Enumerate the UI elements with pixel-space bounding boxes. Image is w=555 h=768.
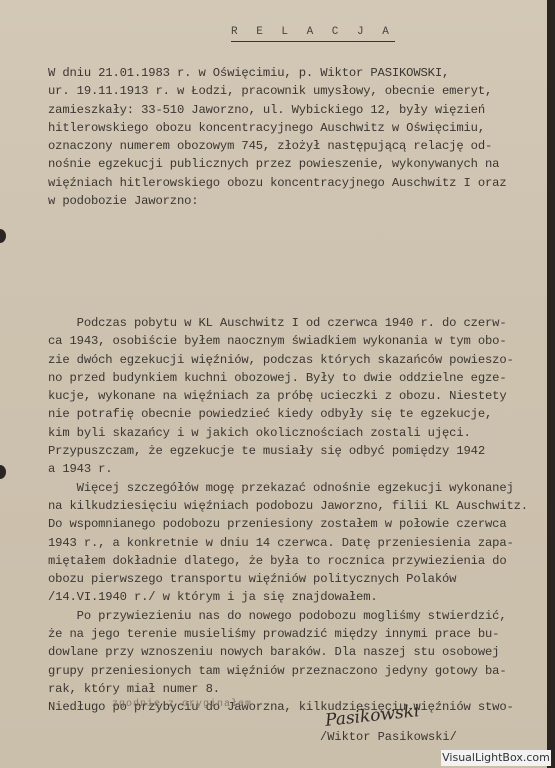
text-line: Po przywiezieniu nas do nowego podobozu … bbox=[48, 607, 518, 625]
text-line: obozu pierwszego transportu więźniów pol… bbox=[48, 570, 518, 588]
text-line: no przed budynkiem kuchni obozowej. Były… bbox=[48, 369, 518, 387]
text-line: Przypuszczam, że egzekucje te musiały si… bbox=[48, 442, 518, 460]
text-line: zie dwóch egzekucji więźniów, podczas kt… bbox=[48, 351, 518, 369]
text-line: rak, który miał numer 8. bbox=[48, 680, 518, 698]
text-line: ca 1943, osobiście byłem naocznym świadk… bbox=[48, 332, 518, 350]
watermark: VisualLightBox.com bbox=[441, 750, 551, 766]
text-line: kim byli skazańcy i w jakich okolicznośc… bbox=[48, 424, 518, 442]
document-page: R E L A C J A W dniu 21.01.1983 r. w Ośw… bbox=[0, 0, 547, 768]
text-line: na kilkudziesięciu więźniach podobozu Ja… bbox=[48, 497, 518, 515]
text-line: 1943 r., a konkretnie w dniu 14 czerwca.… bbox=[48, 534, 518, 552]
intro-paragraph: W dniu 21.01.1983 r. w Oświęcimiu, p. Wi… bbox=[48, 64, 518, 210]
document-title: R E L A C J A bbox=[231, 26, 395, 42]
stamp-mark: zgodnie z oryginałem bbox=[112, 699, 252, 710]
text-line: Więcej szczegółów mogę przekazać odnośni… bbox=[48, 479, 518, 497]
signer-name: /Wiktor Pasikowski/ bbox=[320, 730, 457, 744]
text-line: W dniu 21.01.1983 r. w Oświęcimiu, p. Wi… bbox=[48, 64, 518, 82]
body-text: Podczas pobytu w KL Auschwitz I od czerw… bbox=[48, 314, 518, 717]
text-line: miętałem dokładnie dlatego, że była to r… bbox=[48, 552, 518, 570]
text-line: w podobozie Jaworzno: bbox=[48, 192, 518, 210]
text-line: dowlane przy wznoszeniu nowych baraków. … bbox=[48, 643, 518, 661]
text-line: a 1943 r. bbox=[48, 460, 518, 478]
punch-hole bbox=[0, 465, 6, 479]
text-line: /14.VI.1940 r./ w którym i ja się znajdo… bbox=[48, 588, 518, 606]
text-line: oznaczony numerem obozowym 745, złożył n… bbox=[48, 137, 518, 155]
text-line: ur. 19.11.1913 r. w Łodzi, pracownik umy… bbox=[48, 82, 518, 100]
text-line: że na jego terenie musieliśmy prowadzić … bbox=[48, 625, 518, 643]
punch-hole bbox=[0, 229, 6, 243]
text-line: zamieszkały: 33-510 Jaworzno, ul. Wybick… bbox=[48, 101, 518, 119]
text-line: Do wspomnianego podobozu przeniesiony zo… bbox=[48, 515, 518, 533]
text-line: grupy przeniesionych tam więźniów przezn… bbox=[48, 662, 518, 680]
text-line: nośnie egzekucji publicznych przez powie… bbox=[48, 155, 518, 173]
text-line: więźniach hitlerowskiego obozu koncentra… bbox=[48, 174, 518, 192]
page-edge bbox=[547, 0, 555, 768]
text-line: kucje, wykonane na więźniach za próbę uc… bbox=[48, 387, 518, 405]
text-line: nie potrafię obecnie powiedzieć kiedy od… bbox=[48, 405, 518, 423]
text-line: hitlerowskiego obozu koncentracyjnego Au… bbox=[48, 119, 518, 137]
text-line: Podczas pobytu w KL Auschwitz I od czerw… bbox=[48, 314, 518, 332]
